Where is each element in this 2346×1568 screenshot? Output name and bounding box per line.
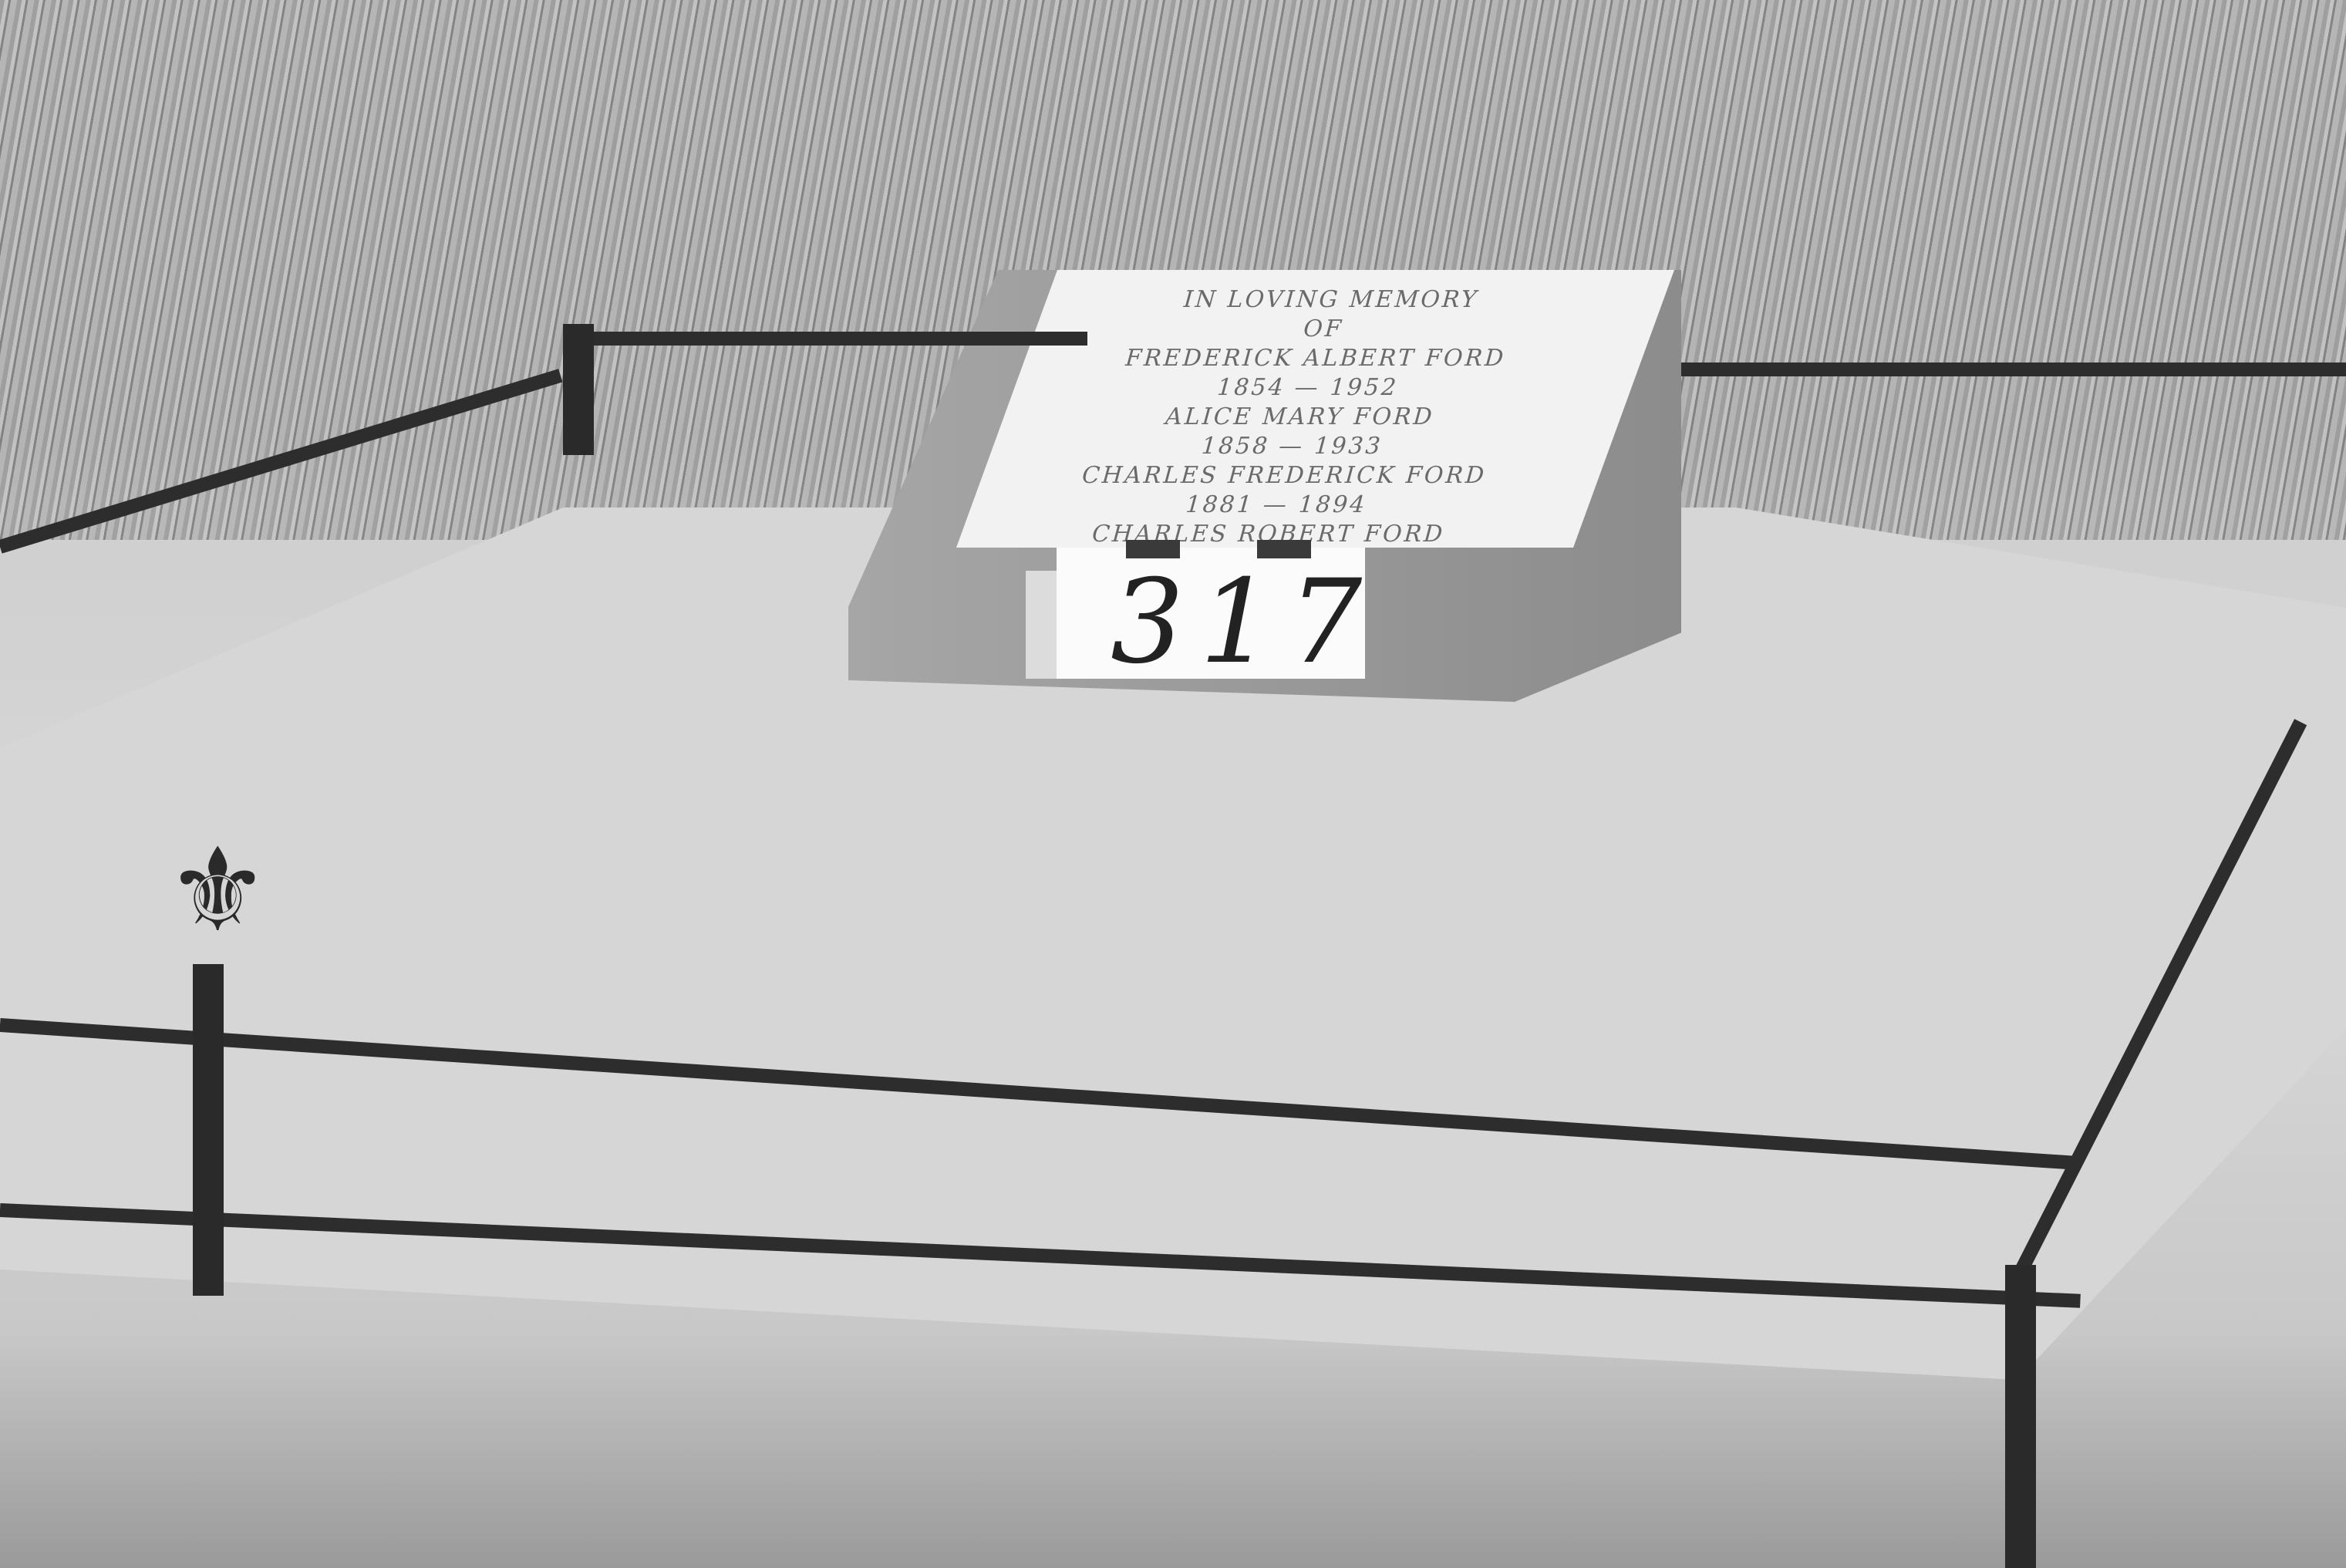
fence-post: [563, 324, 594, 455]
card-front: 317: [1057, 548, 1365, 679]
cemetery-photograph: IN LOVING MEMORY OF FREDERICK ALBERT FOR…: [0, 0, 2346, 1568]
inscription-line: OF: [1050, 315, 1597, 344]
number-card: 317: [1026, 540, 1373, 694]
inscription-line: FREDERICK ALBERT FORD: [1041, 344, 1589, 373]
fleur-de-lis-finial-icon: ⚜: [166, 833, 235, 987]
plot-number: 317: [1111, 555, 1377, 690]
inscription-line: CHARLES FREDERICK FORD: [1010, 461, 1558, 491]
fence-rail: [563, 332, 1087, 346]
fence-post: [193, 964, 224, 1296]
inscription-line: IN LOVING MEMORY: [1057, 285, 1605, 315]
inscription-line: 1881 — 1894: [1002, 491, 1549, 520]
fence-post: [2005, 1265, 2036, 1568]
inscription-line: 1858 — 1933: [1018, 432, 1566, 461]
inscription-line: 1854 — 1952: [1033, 373, 1581, 403]
inscription-line: ALICE MARY FORD: [1026, 403, 1573, 432]
fence-rail: [1681, 362, 2346, 376]
headstone-inscription: IN LOVING MEMORY OF FREDERICK ALBERT FOR…: [986, 285, 1605, 578]
